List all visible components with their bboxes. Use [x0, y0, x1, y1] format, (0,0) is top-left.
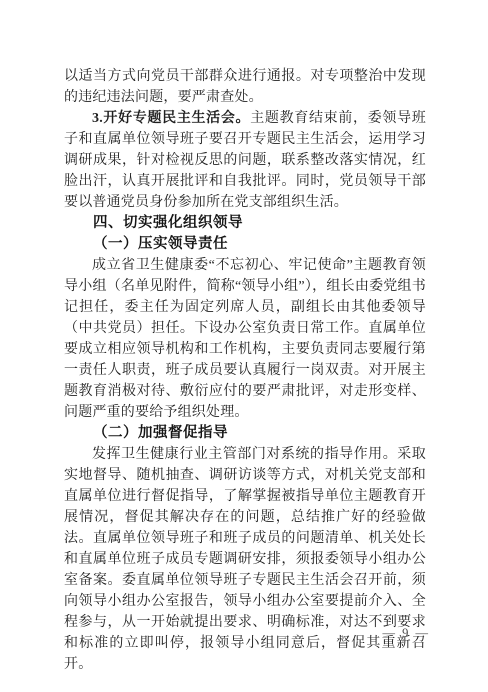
subsection-heading-1: （一）压实领导责任 — [64, 234, 426, 255]
subsection-heading-2: （二）加强督促指导 — [64, 423, 426, 444]
document-body: 以适当方式向党员干部群众进行通报。对专项整治中发现的违纪违法问题，要严肃查处。 … — [64, 66, 426, 675]
body-paragraph-leadership: 成立省卫生健康委“不忘初心、牢记使命”主题教育领导小组（名单见附件，简称“领导小… — [64, 255, 426, 423]
paragraph-bold-lead: 3.开好专题民主生活会。 — [92, 111, 250, 126]
body-paragraph-item3: 3.开好专题民主生活会。主题教育结束前，委领导班子和直属单位领导班子要召开专题民… — [64, 108, 426, 213]
body-paragraph-supervision: 发挥卫生健康行业主管部门对系统的指导作用。采取实地督导、随机抽查、调研访谈等方式… — [64, 444, 426, 675]
document-page: 以适当方式向党员干部群众进行通报。对专项整治中发现的违纪违法问题，要严肃查处。 … — [0, 0, 488, 692]
section-heading-4: 四、切实强化组织领导 — [64, 213, 426, 234]
page-number: — 9 — — [383, 625, 431, 641]
body-paragraph-continuation: 以适当方式向党员干部群众进行通报。对专项整治中发现的违纪违法问题，要严肃查处。 — [64, 66, 426, 108]
